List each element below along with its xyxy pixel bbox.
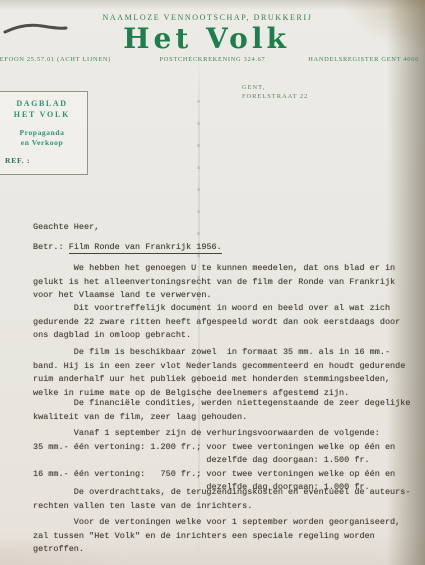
paragraph-closing: Voor de vertoningen welke voor 1 septemb… xyxy=(33,516,400,557)
letter-page: NAAMLOZE VENNOOTSCHAP, DRUKKERIJ Het Vol… xyxy=(0,0,425,565)
paragraph-film-formats: De film is beschikbaar zowel in formaat … xyxy=(33,346,405,400)
paragraph-financial: De financiële condities, werden niettege… xyxy=(33,397,410,424)
paragraph-document: Dit voortreffelijk document in woord en … xyxy=(33,302,400,343)
salutation: Geachte Heer, xyxy=(33,221,99,235)
paragraph-taxes: De overdrachttaks, de terugzendingskoste… xyxy=(33,486,410,513)
subject-text: Film Ronde van Frankrijk 1956. xyxy=(69,242,222,254)
subject-line: Betr.: Film Ronde van Frankrijk 1956. xyxy=(33,241,222,255)
paragraph-intro: We hebben het genoegen U te kunnen meede… xyxy=(33,262,395,303)
paragraph-tariffs: Vanaf 1 september zijn de verhuringsvoor… xyxy=(33,427,395,495)
subject-label: Betr.: xyxy=(33,242,69,252)
letter-body: Geachte Heer, Betr.: Film Ronde van Fran… xyxy=(33,0,425,565)
